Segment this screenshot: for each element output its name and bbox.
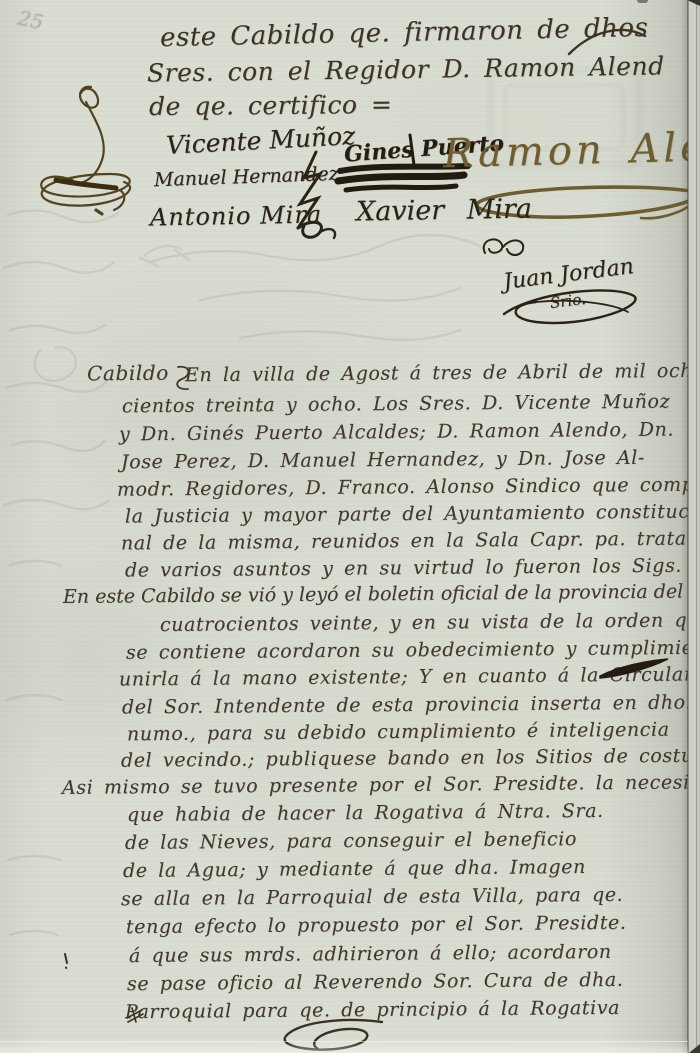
body-line-p2-5: del Sor. Intendente de esta provincia in… — [122, 694, 692, 718]
body-line-p2-6: numo., para su debido cumplimiento é int… — [127, 721, 670, 745]
signature-ramon-alend: Ramon Alend — [443, 126, 700, 174]
body-line-p3-5: se alla en la Parroquial de esta Villa, … — [121, 886, 623, 909]
body-line-p1-1: En la villa de Agost á tres de Abril de … — [185, 362, 700, 386]
xavier-mira-loop-icon — [477, 231, 527, 261]
body-line-p3-6: tenga efecto lo propuesto por el Sor. Pr… — [126, 914, 627, 937]
body-line-p3-8: se pase oficio al Reverendo Sor. Cura de… — [127, 971, 624, 994]
header-line-2: Sres. con el Regidor D. Ramon Alend — [147, 53, 665, 85]
page-edge-strip — [688, 0, 700, 1053]
body-line-p1-6: la Justicia y mayor parte del Ayuntamien… — [125, 502, 700, 526]
body-line-p1-7: nal de la misma, reunidos en la Sala Cap… — [121, 529, 697, 553]
ink-tick-icon — [61, 952, 71, 970]
circular-end-flourish-icon — [598, 656, 670, 682]
body-line-p1-5: modr. Regidores, D. Franco. Alonso Sindi… — [117, 475, 700, 499]
body-line-p2-7: del vecindo.; publiquese bando en los Si… — [121, 746, 700, 771]
body-line-p3-4: de la Agua; y mediante á que dha. Imagen — [123, 858, 586, 881]
binding-mark-top — [637, 0, 648, 3]
body-line-p1-2: cientos treinta y ocho. Los Sres. D. Vic… — [122, 393, 670, 417]
body-line-p3-3: de las Nieves, para conseguir el benefic… — [125, 830, 577, 853]
ghost-page-number: 25 — [16, 6, 46, 35]
body-line-p1-4: Jose Perez, D. Manuel Hernandez, y Dn. J… — [121, 449, 645, 473]
manuel-hernandez-rubric-icon — [286, 150, 341, 245]
body-line-p1-8: de varios asuntos y en su virtud lo fuer… — [125, 556, 700, 580]
bottom-light-band — [0, 1041, 688, 1053]
body-line-p3-7: á que sus mrds. adhirieron á ello; acord… — [129, 943, 612, 966]
rubric-flourish-icon — [36, 84, 151, 216]
header-line-3: de qe. certifico = — [149, 92, 393, 119]
body-line-p2-1: En este Cabildo se vió y leyó el boletin… — [63, 582, 700, 607]
body-line-p2-2: cuatrocientos veinte, y en su vista de l… — [160, 610, 700, 635]
body-line-p1-3: y Dn. Ginés Puerto Alcaldes; D. Ramon Al… — [119, 421, 674, 445]
manuscript-page: 25 este Cabildo qe. firmaron de dhos Sre… — [0, 0, 700, 1053]
signature-antonio-mira: Antonio Mira — [150, 202, 323, 229]
body-line-p3-2: que habia de hacer la Rogativa á Ntra. S… — [127, 802, 604, 825]
signature-xavier-mira: Xavier Mira — [356, 195, 532, 225]
juan-jordan-rubric-icon — [494, 284, 644, 332]
body-heading-cabildo: Cabildo — [87, 363, 169, 384]
ink-scribble-icon — [124, 1006, 146, 1024]
